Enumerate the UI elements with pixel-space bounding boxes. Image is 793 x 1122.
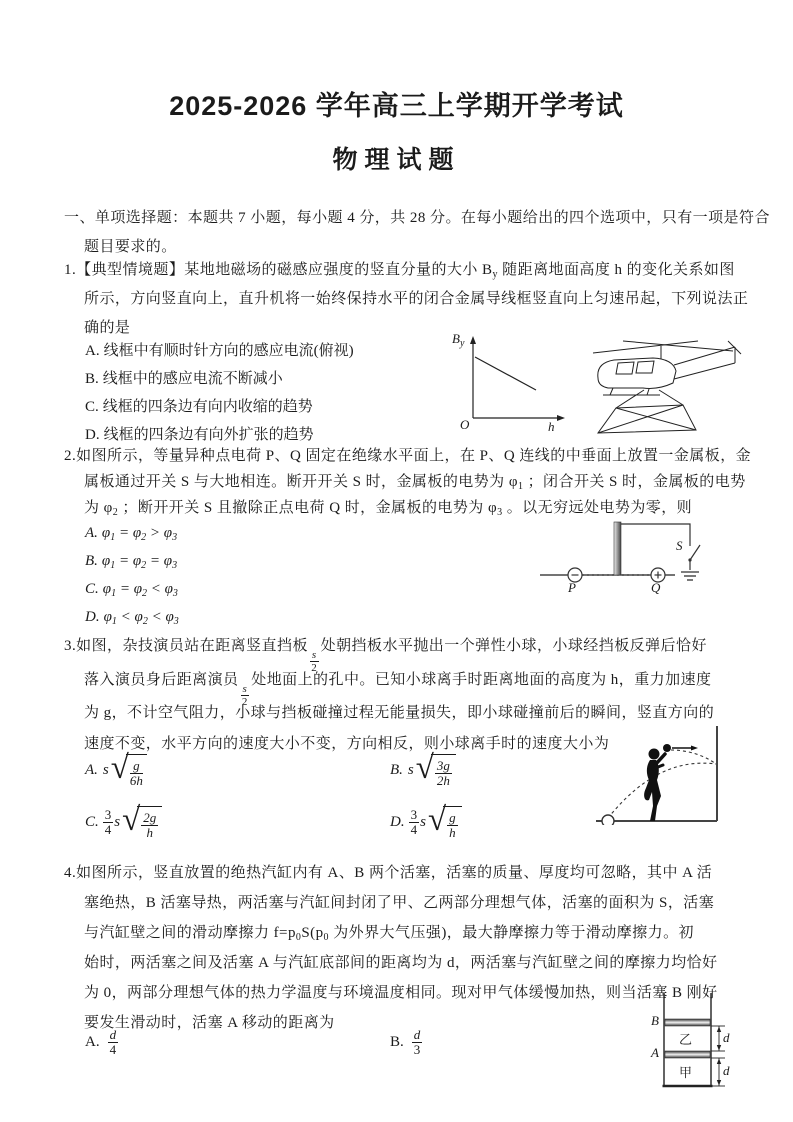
sqrt-expression: √g6h: [111, 753, 147, 788]
piston-a: [665, 1051, 710, 1058]
sqrt-expression: √3g2h: [416, 753, 456, 788]
q2-option-b: B.φ1 = φ2 = φ3: [85, 547, 179, 575]
q4-label-piston-b: B: [651, 1013, 659, 1029]
q3-option-a: A. s √g6h: [85, 748, 147, 792]
q2-figure-graphic: [535, 512, 710, 607]
q1-graph-origin: O: [460, 417, 469, 433]
q3-line2: 落入演员身后距离演员s2处地面上的孔中。已知小球离手时距离地面的高度为 h，重力…: [64, 663, 714, 697]
q2-option-a: A.φ1 = φ2 > φ3: [85, 519, 179, 547]
section-instructions: 一、单项选择题：本题共 7 小题，每小题 4 分，共 28 分。在每小题给出的四…: [64, 204, 770, 262]
coefficient-fraction: 34: [409, 808, 420, 837]
q3-figure: [592, 722, 727, 825]
q4-label-piston-a: A: [651, 1045, 659, 1061]
exam-page: 2025-2026 学年高三上学期开学考试 物理试题 一、单项选择题：本题共 7…: [0, 0, 793, 1122]
q4-line5: 为 0，两部分理想气体的热力学温度与环境温度相同。现对甲气体缓慢加热，则当活塞 …: [64, 978, 718, 1008]
exam-subtitle: 物理试题: [0, 140, 793, 176]
trajectory-throw-arc: [671, 750, 716, 764]
y-axis-arrow: [470, 336, 476, 344]
q3-option-c: C. 34 s √2gh: [85, 800, 162, 844]
question-4-stem: 4.如图所示，竖直放置的绝热汽缸内有 A、B 两个活塞，活塞的质量、厚度均可忽略…: [64, 858, 718, 1038]
q4-line3: 与汽缸壁之间的滑动摩擦力 f=p0S(p0 为外界大气压强)，最大静摩擦力等于滑…: [64, 918, 718, 948]
helicopter-icon: [593, 341, 741, 433]
question-2-stem: 2.如图所示，等量异种点电荷 P、Q 固定在绝缘水平面上，在 P、Q 连线的中垂…: [64, 443, 751, 521]
q2-option-c: C.φ1 = φ2 < φ3: [85, 575, 179, 603]
q1-option-a: A.线框中有顺时针方向的感应电流(俯视): [85, 337, 354, 365]
instructions-line1: 一、单项选择题：本题共 7 小题，每小题 4 分，共 28 分。在每小题给出的四…: [64, 204, 770, 233]
trajectory-return-arc: [608, 763, 716, 818]
sqrt-expression: √2gh: [122, 805, 162, 840]
q1-line2: 所示，方向竖直向上，直升机将一始终保持水平的闭合金属导线框竖直向上匀速吊起，下列…: [64, 285, 748, 314]
ball-icon: [663, 744, 671, 752]
q4-line4: 始时，两活塞之间及活塞 A 与汽缸底部间的距离均为 d，两活塞与汽缸壁之间的摩擦…: [64, 948, 718, 978]
graph-line: [475, 357, 536, 390]
q2-label-q: Q: [651, 580, 660, 596]
fraction: d4: [108, 1028, 119, 1057]
q4-label-d2: d: [723, 1063, 730, 1079]
q2-label-p: P: [568, 580, 576, 596]
question-1-options: A.线框中有顺时针方向的感应电流(俯视) B.线框中的感应电流不断减小 C.线框…: [85, 337, 354, 449]
q4-label-d1: d: [723, 1030, 730, 1046]
q3-option-b: B. s √3g2h: [390, 748, 456, 792]
question-1-stem: 1.【典型情境题】某地地磁场的磁感应强度的竖直分量的大小 By 随距离地面高度 …: [64, 256, 748, 343]
acrobat-silhouette: [644, 749, 665, 822]
q1-option-c: C.线框的四条边有向内收缩的趋势: [85, 393, 354, 421]
q4-line1: 4.如图所示，竖直放置的绝热汽缸内有 A、B 两个活塞，活塞的质量、厚度均可忽略…: [64, 858, 718, 888]
q1-graph-xlabel: h: [548, 419, 555, 435]
q2-line2: 属板通过开关 S 与大地相连。断开开关 S 时，金属板的电势为 φ1 ；闭合开关…: [64, 469, 751, 495]
q2-option-d: D.φ1 < φ2 < φ3: [85, 603, 179, 631]
q1-option-b: B.线框中的感应电流不断减小: [85, 365, 354, 393]
q2-figure: P Q S: [535, 512, 710, 607]
exam-title: 2025-2026 学年高三上学期开学考试: [0, 84, 793, 123]
q4-label-gas-yi: 乙: [679, 1029, 692, 1048]
q3-option-d: D. 34 s √gh: [390, 800, 462, 844]
q1-figure-graphic: [448, 333, 748, 438]
piston-b: [665, 1019, 710, 1026]
q3-figure-graphic: [592, 722, 727, 825]
sqrt-expression: √gh: [428, 805, 462, 840]
q1-figure: By O h: [448, 333, 748, 438]
q4-option-b: B. d3: [390, 1022, 422, 1062]
q4-label-gas-jia: 甲: [679, 1062, 692, 1081]
q4-figure: B A 乙 甲 d d: [648, 988, 748, 1100]
q1-graph-ylabel: By: [452, 331, 464, 347]
q1-line1: 1.【典型情境题】某地地磁场的磁感应强度的竖直分量的大小 By 随距离地面高度 …: [64, 256, 748, 285]
coefficient-fraction: 34: [103, 808, 114, 837]
q2-label-s: S: [676, 538, 683, 554]
q2-line1: 2.如图所示，等量异种点电荷 P、Q 固定在绝缘水平面上，在 P、Q 连线的中垂…: [64, 443, 751, 469]
q4-line2: 塞绝热，B 活塞导热，两活塞与汽缸间封闭了甲、乙两部分理想气体，活塞的面积为 S…: [64, 888, 718, 918]
q3-line1: 3.如图，杂技演员站在距离竖直挡板s2处朝挡板水平抛出一个弹性小球，小球经挡板反…: [64, 629, 714, 663]
dimension-arrows: [717, 1027, 721, 1086]
question-2-options: A.φ1 = φ2 > φ3 B.φ1 = φ2 = φ3 C.φ1 = φ2 …: [85, 519, 179, 631]
fraction: d3: [412, 1028, 423, 1057]
earth-ground-icon: [681, 572, 699, 580]
hole-icon: [602, 815, 614, 825]
q4-option-a: A. d4: [85, 1022, 118, 1062]
switch-blade: [690, 545, 700, 560]
x-axis-arrow: [557, 415, 565, 421]
velocity-arrowhead: [691, 746, 698, 751]
metal-plate: [614, 522, 621, 575]
q4-figure-graphic: [648, 988, 748, 1100]
